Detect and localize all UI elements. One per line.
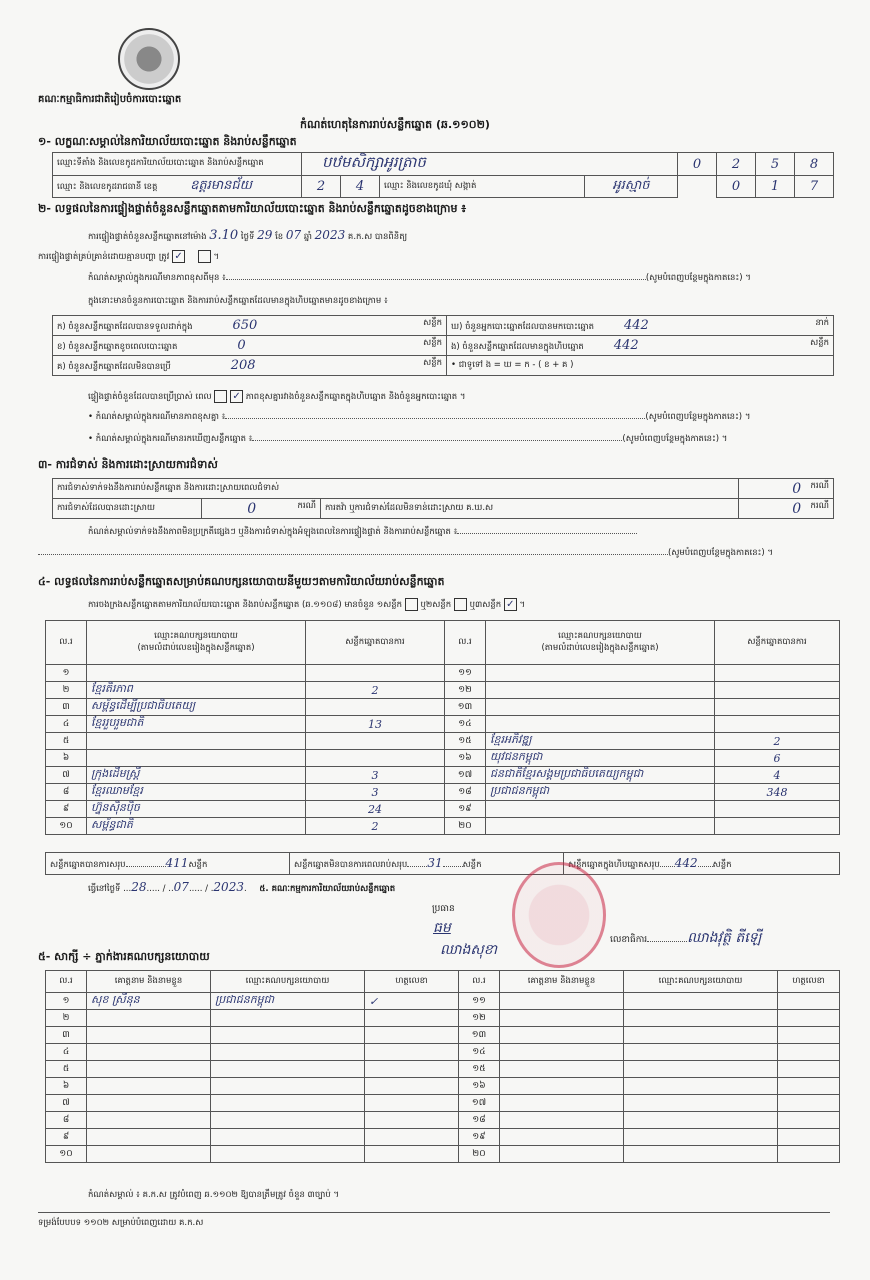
vote-count[interactable]: [306, 733, 445, 750]
col-votes: សន្លឹកឆ្នោតបានការ: [715, 621, 840, 665]
section3-note: កំណត់សម្គាល់ទាក់ទងនឹងភាពមិនប្រក្រតីផ្សេង…: [88, 527, 848, 539]
witness-name[interactable]: [87, 1078, 211, 1095]
witness-party[interactable]: [624, 1010, 778, 1027]
col-votes: សន្លឹកឆ្នោតបានការ: [306, 621, 445, 665]
row-number: ១៥: [459, 1061, 500, 1078]
witness-party[interactable]: [211, 1078, 365, 1095]
table-row: ១០២០: [46, 1146, 840, 1163]
witness-party[interactable]: [211, 1027, 365, 1044]
witness-signature[interactable]: [365, 1129, 459, 1146]
witness-party[interactable]: [624, 1146, 778, 1163]
witness-signature[interactable]: [778, 1095, 840, 1112]
party-name[interactable]: ខ្មែរឈាមខ្មែរ: [87, 784, 306, 801]
party-name[interactable]: [87, 750, 306, 767]
witness-name[interactable]: [500, 1061, 624, 1078]
ballot-count-table: ក) ចំនួនសន្លឹកឆ្នោតដែលបានទទួលដាក់ក្នុង65…: [52, 315, 834, 376]
bundle-line: ការចងក្រងសន្លឹកឆ្នោតតាមការិយាល័យបោះឆ្នោត…: [88, 598, 525, 612]
witness-party[interactable]: [211, 1146, 365, 1163]
row-number: ១២: [459, 1010, 500, 1027]
row-number: ២: [46, 682, 87, 699]
witness-name[interactable]: [500, 993, 624, 1010]
row-number: ៨: [46, 1112, 87, 1129]
row-number: ២: [46, 1010, 87, 1027]
row-number: ១៩: [445, 801, 486, 818]
row-number: ១១: [445, 665, 486, 682]
official-stamp-icon: [512, 862, 606, 968]
row-number: ១១: [459, 993, 500, 1010]
vote-count[interactable]: 2: [306, 682, 445, 699]
witness-name[interactable]: [500, 1078, 624, 1095]
row-number: ៧: [46, 1095, 87, 1112]
witness-name[interactable]: [87, 1095, 211, 1112]
witness-name[interactable]: [87, 1027, 211, 1044]
party-name[interactable]: ខ្មែរតិរភាព: [87, 682, 306, 699]
ballots-in-box: ង) ចំនួនសន្លឹកឆ្នោតដែលមានក្នុងហិបឆ្នោត44…: [447, 336, 834, 356]
col-no: ល.រ: [445, 621, 486, 665]
party-name[interactable]: [486, 699, 715, 716]
table-row: ១០សម្ព័ន្ធជាតិ2២០: [46, 818, 840, 835]
form-title: កំណត់ហេតុនៃការរាប់សន្លឹកឆ្នោត (ឆ.១១០២): [300, 118, 490, 134]
bullet-note-2: • កំណត់សម្គាល់ក្នុងករណីមានរកឃើញសន្លឹកឆ្ន…: [88, 434, 848, 446]
chair-name: ឈាងសុខា: [440, 940, 497, 961]
section2-heading: ២- លទ្ធផលនៃការផ្ទៀងផ្ទាត់ចំនួនសន្លឹកឆ្នោ…: [38, 202, 466, 218]
row-number: ៣: [46, 699, 87, 716]
table-row: ៣សម្ព័ន្ធដើម្បីប្រជាធិបតេយ្យ១៣: [46, 699, 840, 716]
row-number: ១៥: [445, 733, 486, 750]
witness-signature[interactable]: [778, 1061, 840, 1078]
witness-name[interactable]: [87, 1010, 211, 1027]
witness-name[interactable]: [500, 1044, 624, 1061]
row-number: ១: [46, 993, 87, 1010]
witness-signature[interactable]: [365, 1146, 459, 1163]
witness-party[interactable]: [211, 1061, 365, 1078]
party-name[interactable]: ហ្វ៊ុនស៊ិនប៉ិច: [87, 801, 306, 818]
total-in-box: សន្លឹកឆ្នោតក្នុងហិបឆ្នោតសរុប442សន្លឹក: [564, 853, 840, 875]
code-digit[interactable]: 5: [756, 153, 795, 176]
party-name[interactable]: ជនជាតិខ្មែរសង្គមប្រជាធិបតេយ្យកម្ពុជា: [486, 767, 715, 784]
row-number: ៦: [46, 750, 87, 767]
commune-label: ឈ្មោះ និងលេខកូដឃុំ សង្កាត់: [380, 176, 585, 198]
form-footer: ទម្រង់បែបបទ ១១០២ សម្រាប់បំពេញដោយ គ.ក.ស: [38, 1218, 203, 1230]
bullet-note-1: • កំណត់សម្គាល់ក្នុងករណីមានភាពខុសគ្នា ៖(ស…: [88, 412, 848, 424]
verification-time[interactable]: 3.10: [209, 228, 238, 243]
resolved-value: 0ករណី: [202, 499, 321, 519]
witness-name[interactable]: [500, 1027, 624, 1044]
objections-label: ការជំទាស់ទាក់ទងនឹងការរាប់សន្លឹកឆ្នោត និង…: [53, 479, 739, 499]
witness-signature[interactable]: [365, 1027, 459, 1044]
secretary-line: លេខាធិការឈាងវុត្ថិ តីឡើ: [610, 928, 761, 949]
row-number: ១៩: [459, 1129, 500, 1146]
party-name[interactable]: [486, 682, 715, 699]
row-number: ៨: [46, 784, 87, 801]
footnote: កំណត់សម្គាល់ ៖ គ.ក.ស ត្រូវបំពេញ ឆ.១១០២ ឱ…: [88, 1190, 339, 1202]
witness-name[interactable]: [500, 1112, 624, 1129]
unresolved-value: 0ករណី: [738, 499, 833, 519]
col-party: ឈ្មោះគណបក្សនយោបាយ: [211, 971, 365, 993]
note1: កំណត់សម្គាល់ក្នុងករណីមានភាពខុសពីមុន ៖(សូ…: [88, 273, 848, 285]
vote-count[interactable]: 3: [306, 784, 445, 801]
chair-label: ប្រធាន: [432, 903, 455, 916]
row-number: ១០: [46, 1146, 87, 1163]
witness-party[interactable]: [624, 1044, 778, 1061]
results-table: ល.រ ឈ្មោះគណបក្សនយោបាយ(តាមលំដាប់លេខរៀងក្ន…: [45, 620, 840, 835]
party-name[interactable]: សម្ព័ន្ធដើម្បីប្រជាធិបតេយ្យ: [87, 699, 306, 716]
party-name[interactable]: ខ្មែររួបរួមជាតិ: [87, 716, 306, 733]
resolved-label: ការជំទាស់ដែលបានដោះស្រាយ: [53, 499, 202, 519]
party-name[interactable]: យុវជនកម្ពុជា: [486, 750, 715, 767]
location-label: ឈ្មោះទីតាំង និងលេខកូដការិយាល័យបោះឆ្នោត ន…: [53, 153, 302, 176]
col-no: ល.រ: [46, 621, 87, 665]
party-name[interactable]: [87, 665, 306, 682]
province-code-digit[interactable]: 4: [341, 176, 380, 198]
commune-code-digit[interactable]: 1: [756, 176, 795, 198]
witness-name[interactable]: [87, 1044, 211, 1061]
row-number: ១០: [46, 818, 87, 835]
vote-count[interactable]: [715, 801, 840, 818]
row-number: ១៨: [445, 784, 486, 801]
party-name[interactable]: [486, 716, 715, 733]
table-row: ៦១៦: [46, 1078, 840, 1095]
equal-checkbox[interactable]: [214, 390, 227, 403]
unresolved-label: ការតវ៉ា ឬការជំទាស់ដែលមិនទាន់ដោះស្រាយ គ.ឃ…: [321, 499, 739, 519]
row-number: ១៦: [445, 750, 486, 767]
row-number: ៥: [46, 1061, 87, 1078]
ballots-unused: គ) ចំនួនសន្លឹកឆ្នោតដែលមិនបានប្រើ208សន្លឹ…: [53, 356, 447, 376]
witness-party[interactable]: [624, 1078, 778, 1095]
col-party: ឈ្មោះគណបក្សនយោបាយ(តាមលំដាប់លេខរៀងក្នុងសន…: [87, 621, 306, 665]
witness-party[interactable]: [211, 1010, 365, 1027]
table-row: ៥១៥ខ្មែរអភិវឌ្ឍ2: [46, 733, 840, 750]
row-number: ១៤: [445, 716, 486, 733]
national-emblem-icon: [118, 28, 180, 90]
witness-party[interactable]: [624, 1027, 778, 1044]
vote-count[interactable]: 6: [715, 750, 840, 767]
col-sign: ហត្ថលេខា: [778, 971, 840, 993]
witness-signature[interactable]: [778, 1044, 840, 1061]
witness-party[interactable]: [211, 1129, 365, 1146]
ballots-received: ក) ចំនួនសន្លឹកឆ្នោតដែលបានទទួលដាក់ក្នុង65…: [53, 316, 447, 336]
voters-count: ឃ) ចំនួនអ្នកបោះឆ្នោតដែលបានមកបោះឆ្នោត442ន…: [447, 316, 834, 336]
col-sign: ហត្ថលេខា: [365, 971, 459, 993]
party-name[interactable]: [486, 801, 715, 818]
commune-value[interactable]: អូរស្មាច់: [584, 176, 677, 198]
row-number: ៧: [46, 767, 87, 784]
vote-count[interactable]: 3: [306, 767, 445, 784]
table-row: ៧១៧: [46, 1095, 840, 1112]
col-name: គោត្តនាម និងនាមខ្លួន: [87, 971, 211, 993]
objections-table: ការជំទាស់ទាក់ទងនឹងការរាប់សន្លឹកឆ្នោត និង…: [52, 478, 834, 519]
witness-table: ល.រ គោត្តនាម និងនាមខ្លួន ឈ្មោះគណបក្សនយោប…: [45, 970, 840, 1163]
verification-line: ការផ្ទៀងផ្ទាត់ចំនួនសន្លឹកឆ្នោតនៅម៉ោង 3.1…: [88, 228, 407, 244]
party-name[interactable]: ក្រុងដើមស្ត្រី: [87, 767, 306, 784]
vote-count[interactable]: 4: [715, 767, 840, 784]
col-no: ល.រ: [46, 971, 87, 993]
province-value[interactable]: ឧត្តរមានជ័យ: [190, 178, 252, 193]
section5-heading: ៥- សាក្សី ÷ ភ្នាក់ងារគណបក្សនយោបាយ: [38, 950, 210, 966]
witness-signature[interactable]: [778, 1112, 840, 1129]
table-row: ៦១៦យុវជនកម្ពុជា6: [46, 750, 840, 767]
row-number: ១៣: [459, 1027, 500, 1044]
witness-party[interactable]: ប្រជាជនកម្ពុជា: [211, 993, 365, 1010]
row-number: ១៧: [445, 767, 486, 784]
location-value[interactable]: បឋមសិក្សាអូរត្រាច: [302, 153, 678, 176]
witness-name[interactable]: [87, 1146, 211, 1163]
code-digit[interactable]: 0: [678, 153, 717, 176]
table-row: ៥១៥: [46, 1061, 840, 1078]
vote-count[interactable]: 13: [306, 716, 445, 733]
col-party: ឈ្មោះគណបក្សនយោបាយ: [624, 971, 778, 993]
witness-signature[interactable]: ✓: [365, 993, 459, 1010]
row-number: ៦: [46, 1078, 87, 1095]
witness-name[interactable]: [87, 1112, 211, 1129]
two-sheet-checkbox[interactable]: [454, 598, 467, 611]
table-row: ៩ហ្វ៊ុនស៊ិនប៉ិច24១៩: [46, 801, 840, 818]
row-number: ១៤: [459, 1044, 500, 1061]
witness-signature[interactable]: [365, 1010, 459, 1027]
col-name: គោត្តនាម និងនាមខ្លួន: [500, 971, 624, 993]
row-number: ៥: [46, 733, 87, 750]
secretary-name: ឈាងវុត្ថិ តីឡើ: [687, 930, 761, 946]
formula: • ជាទូទៅ ង = ឃ = ក - ( ខ + គ ): [447, 356, 834, 376]
witness-party[interactable]: [211, 1112, 365, 1129]
yes-checkbox[interactable]: ✓: [172, 250, 185, 263]
witness-party[interactable]: [624, 1112, 778, 1129]
table-row: ១សុខ ស្រីនុនប្រជាជនកម្ពុជា✓១១: [46, 993, 840, 1010]
col-party: ឈ្មោះគណបក្សនយោបាយ(តាមលំដាប់លេខរៀងក្នុងសន…: [486, 621, 715, 665]
row-number: ១៨: [459, 1112, 500, 1129]
witness-party[interactable]: [624, 993, 778, 1010]
row-number: ១៧: [459, 1095, 500, 1112]
vote-count[interactable]: [715, 716, 840, 733]
divider: [38, 1212, 830, 1213]
vote-count[interactable]: 24: [306, 801, 445, 818]
code-digit[interactable]: 2: [717, 153, 756, 176]
org-name: គណៈកម្មាធិការជាតិរៀបចំការបោះឆ្នោត: [38, 92, 181, 107]
vote-count[interactable]: [715, 699, 840, 716]
row-number: ៤: [46, 716, 87, 733]
witness-signature[interactable]: [778, 1027, 840, 1044]
party-name[interactable]: ខ្មែរអភិវឌ្ឍ: [486, 733, 715, 750]
vote-count[interactable]: [715, 682, 840, 699]
vote-count[interactable]: [306, 750, 445, 767]
table-row: ៩១៩: [46, 1129, 840, 1146]
three-sheet-checkbox[interactable]: ✓: [504, 598, 517, 611]
section4-heading: ៤- លទ្ធផលនៃការរាប់សន្លឹកឆ្នោតសម្រាប់គណបក…: [38, 575, 445, 591]
witness-signature[interactable]: [365, 1078, 459, 1095]
row-number: ១៦: [459, 1078, 500, 1095]
witness-signature[interactable]: [778, 1146, 840, 1163]
witness-signature[interactable]: [365, 1044, 459, 1061]
vote-count[interactable]: [306, 699, 445, 716]
table-row: ៧ក្រុងដើមស្ត្រី3១៧ជនជាតិខ្មែរសង្គមប្រជាធ…: [46, 767, 840, 784]
one-sheet-checkbox[interactable]: [405, 598, 418, 611]
witness-party[interactable]: [624, 1095, 778, 1112]
witness-name[interactable]: [87, 1129, 211, 1146]
vote-count[interactable]: 348: [715, 784, 840, 801]
row-number: ២០: [459, 1146, 500, 1163]
province-label: ឈ្មោះ និងលេខកូដរាជធានី ខេត្ត ឧត្តរមានជ័យ: [53, 176, 302, 198]
table-row: ៣១៣: [46, 1027, 840, 1044]
witness-party[interactable]: [211, 1095, 365, 1112]
commune-code-digit[interactable]: 7: [795, 176, 834, 198]
section3-note-cont: (សូមបំពេញបន្ថែមក្នុងកាតនេះ) ។: [38, 548, 838, 560]
vote-count[interactable]: 2: [306, 818, 445, 835]
witness-party[interactable]: [624, 1061, 778, 1078]
party-name[interactable]: [87, 733, 306, 750]
province-code-digit[interactable]: 2: [302, 176, 341, 198]
table-row: ៨ខ្មែរឈាមខ្មែរ3១៨ប្រជាជនកម្ពុជា348: [46, 784, 840, 801]
row-number: ១២: [445, 682, 486, 699]
commune-code-digit[interactable]: 0: [717, 176, 756, 198]
consistency-line: ផ្ទៀងផ្ទាត់ចំនួនដែលបានប្រើប្រាស់ ពេល ✓ ភ…: [88, 390, 466, 404]
made-at-line: ធ្វើនៅថ្ងៃទី ...28..... / ..07..... / .2…: [88, 880, 395, 896]
witness-name[interactable]: [500, 1129, 624, 1146]
section1-table: ឈ្មោះទីតាំង និងលេខកូដការិយាល័យបោះឆ្នោត ន…: [52, 152, 834, 198]
table-row: ២ខ្មែរតិរភាព2១២: [46, 682, 840, 699]
witness-signature[interactable]: [365, 1095, 459, 1112]
row-number: ១: [46, 665, 87, 682]
totals-row: សន្លឹកឆ្នោតបានការសរុប411សន្លឹក សន្លឹកឆ្ន…: [45, 852, 840, 875]
verification-year[interactable]: 2023: [315, 228, 346, 242]
witness-signature[interactable]: [778, 1078, 840, 1095]
witness-signature[interactable]: [365, 1112, 459, 1129]
objections-value: 0ករណី: [738, 479, 833, 499]
table-row: ២១២: [46, 1010, 840, 1027]
witness-signature[interactable]: [365, 1061, 459, 1078]
table-row: ៨១៨: [46, 1112, 840, 1129]
witness-signature[interactable]: [778, 1129, 840, 1146]
row-number: ៩: [46, 1129, 87, 1146]
witness-name[interactable]: សុខ ស្រីនុន: [87, 993, 211, 1010]
row-number: ៤: [46, 1044, 87, 1061]
row-number: ៩: [46, 801, 87, 818]
party-name[interactable]: [486, 665, 715, 682]
table-row: ៤១៤: [46, 1044, 840, 1061]
witness-signature[interactable]: [778, 993, 840, 1010]
witness-name[interactable]: [500, 1146, 624, 1163]
section1-heading: ១- លក្ខណៈសម្គាល់នៃការិយាល័យបោះឆ្នោត និងរ…: [38, 135, 297, 151]
witness-name[interactable]: [87, 1061, 211, 1078]
vote-count[interactable]: [306, 665, 445, 682]
chair-signature: ធម: [433, 918, 451, 939]
total-invalid: សន្លឹកឆ្នោតមិនបានការពេលរាប់សរុប31សន្លឹក: [290, 853, 564, 875]
table-row: ៤ខ្មែររួបរួមជាតិ13១៤: [46, 716, 840, 733]
vote-count[interactable]: [715, 818, 840, 835]
difference-checkbox[interactable]: ✓: [230, 390, 243, 403]
vote-count[interactable]: [715, 665, 840, 682]
witness-party[interactable]: [211, 1044, 365, 1061]
verification-result-line: ការផ្ទៀងផ្ទាត់គ្រប់គ្រាន់ដោយគ្មានបញ្ហា ត…: [38, 250, 219, 264]
no-checkbox[interactable]: [198, 250, 211, 263]
witness-party[interactable]: [624, 1129, 778, 1146]
witness-name[interactable]: [500, 1095, 624, 1112]
code-digit[interactable]: 8: [795, 153, 834, 176]
row-number: ២០: [445, 818, 486, 835]
col-no: ល.រ: [459, 971, 500, 993]
party-name[interactable]: ប្រជាជនកម្ពុជា: [486, 784, 715, 801]
verification-month[interactable]: 07: [286, 228, 301, 242]
section3-heading: ៣- ការជំទាស់ និងការដោះស្រាយការជំទាស់: [38, 458, 218, 474]
witness-name[interactable]: [500, 1010, 624, 1027]
ballots-spoiled: ខ) ចំនួនសន្លឹកឆ្នោតខូចពេលបោះឆ្នោត0សន្លឹក: [53, 336, 447, 356]
intro: ក្នុងនោះមានចំនួនការបោះឆ្នោត និងការរាប់សន…: [88, 296, 388, 308]
row-number: ៣: [46, 1027, 87, 1044]
verification-day[interactable]: 29: [257, 228, 272, 242]
row-number: ១៣: [445, 699, 486, 716]
total-valid: សន្លឹកឆ្នោតបានការសរុប411សន្លឹក: [46, 853, 290, 875]
party-name[interactable]: [486, 818, 715, 835]
witness-signature[interactable]: [778, 1010, 840, 1027]
table-row: ១១១: [46, 665, 840, 682]
party-name[interactable]: សម្ព័ន្ធជាតិ: [87, 818, 306, 835]
vote-count[interactable]: 2: [715, 733, 840, 750]
